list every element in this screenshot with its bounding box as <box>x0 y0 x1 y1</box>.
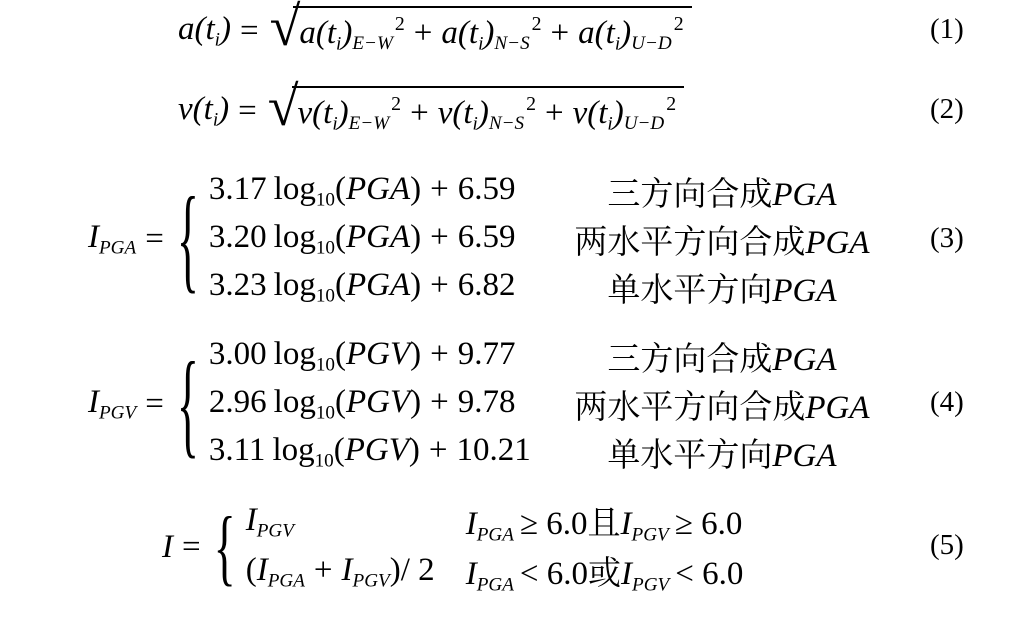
eq4-cases: 3.00log10(PGV)+9.77 三方向合成PGA 2.96log10(P… <box>209 332 887 476</box>
eq3-cases: 3.17log10(PGA)+6.59 三方向合成PGA 3.20log10(P… <box>209 167 887 311</box>
intensity-symbol: I <box>466 506 477 542</box>
pga-argument: PGA <box>346 267 410 303</box>
term-pre: a(t <box>578 15 615 51</box>
lhs-close-paren: ) <box>220 11 231 47</box>
plus-sign: + <box>421 384 458 420</box>
term-pre: v(t <box>298 95 333 131</box>
intensity-symbol: I <box>621 556 632 592</box>
plus-sign: + <box>305 552 342 588</box>
constant: 9.77 <box>458 336 516 372</box>
close-paren: ) <box>410 171 421 207</box>
case-row: 3.17log10(PGA)+6.59 三方向合成PGA <box>209 167 887 215</box>
log-base: 10 <box>316 189 335 210</box>
intensity-symbol: I <box>257 552 268 588</box>
constant: 6.59 <box>458 219 516 255</box>
plus-sign: + <box>401 95 438 131</box>
square-exponent: 2 <box>674 13 684 35</box>
equation-number-2: (2) <box>930 93 964 126</box>
intensity-symbol: I <box>88 384 99 420</box>
open-paren: ( <box>246 552 257 588</box>
case-value: IPGV <box>246 502 466 542</box>
term-close-paren: ) <box>338 95 349 131</box>
case-condition: IPGA≥ 6.0且IPGV≥ 6.0 <box>466 497 743 546</box>
pgv-subscript: PGV <box>257 520 294 541</box>
term-pre: v(t <box>438 95 473 131</box>
divide-by-two: / 2 <box>401 552 435 588</box>
case-label: 三方向合成PGA <box>557 168 887 215</box>
relation: < 6.0 <box>669 556 743 592</box>
log-function: log <box>267 267 316 303</box>
relation: < 6.0 <box>514 556 588 592</box>
pga-subscript: PGA <box>477 525 514 546</box>
left-brace-icon: { <box>214 504 236 589</box>
pgv-argument: PGV <box>345 432 409 468</box>
direction-subscript-ud: U−D <box>624 113 665 134</box>
close-paren: ) <box>410 384 421 420</box>
intensity-symbol: I <box>342 552 353 588</box>
case-row: 2.96log10(PGV)+9.78 两水平方向合成PGA <box>209 380 887 428</box>
label-cjk: 单水平方向 <box>607 273 772 309</box>
label-pga: PGA <box>772 438 836 474</box>
equation-5: I = { IPGV IPGA≥ 6.0且IPGV≥ 6.0 (IPGA+IPG… <box>162 497 743 597</box>
equals-sign: = <box>136 386 173 423</box>
relation: ≥ 6.0 <box>514 506 588 542</box>
eq5-cases: IPGV IPGA≥ 6.0且IPGV≥ 6.0 (IPGA+IPGV)/ 2 … <box>246 497 744 597</box>
lhs-close-paren: ) <box>218 91 229 127</box>
open-paren: ( <box>335 336 346 372</box>
plus-sign: + <box>421 219 458 255</box>
term-pre: a(t <box>299 15 336 51</box>
log-base: 10 <box>316 402 335 423</box>
plus-sign: + <box>536 95 573 131</box>
coefficient: 3.23 <box>209 267 267 303</box>
relation: ≥ 6.0 <box>669 506 743 542</box>
intensity-symbol: I <box>88 219 99 255</box>
radical-icon: √ <box>270 5 301 50</box>
label-pga: PGA <box>772 273 836 309</box>
pgv-subscript: PGV <box>632 575 669 596</box>
direction-subscript-ns: N−S <box>489 113 524 134</box>
coefficient: 3.11 <box>209 432 266 468</box>
case-label: 两水平方向合成PGA <box>557 216 887 263</box>
open-paren: ( <box>335 219 346 255</box>
close-paren: ) <box>410 219 421 255</box>
label-cjk: 三方向合成 <box>607 342 772 378</box>
square-exponent: 2 <box>395 13 405 35</box>
pga-subscript: PGA <box>477 575 514 596</box>
pga-argument: PGA <box>346 219 410 255</box>
pgv-argument: PGV <box>346 336 410 372</box>
radicand: a(ti)E−W2+a(ti)N−S2+a(ti)U−D2 <box>293 6 691 57</box>
square-exponent: 2 <box>526 93 536 115</box>
eq2-lhs: v(ti) <box>178 91 229 131</box>
radical-icon: √ <box>268 85 299 130</box>
pga-subscript: PGA <box>268 570 305 591</box>
plus-sign: + <box>420 432 457 468</box>
plus-sign: + <box>421 267 458 303</box>
label-pga: PGA <box>805 225 869 261</box>
open-paren: ( <box>335 267 346 303</box>
direction-subscript-ns: N−S <box>494 33 529 54</box>
eq3-lhs: IPGA <box>88 219 136 259</box>
label-pga: PGA <box>772 342 836 378</box>
term-close-paren: ) <box>478 95 489 131</box>
equals-sign: = <box>231 13 268 50</box>
square-exponent: 2 <box>532 13 542 35</box>
term-close-paren: ) <box>620 15 631 51</box>
intensity-symbol: I <box>246 502 257 538</box>
open-paren: ( <box>335 171 346 207</box>
square-exponent: 2 <box>666 93 676 115</box>
log-base: 10 <box>316 354 335 375</box>
eq5-lhs: I <box>162 529 173 566</box>
log-base: 10 <box>315 450 334 471</box>
case-formula: 3.11log10(PGV)+10.21 <box>209 432 557 472</box>
case-row: 3.11log10(PGV)+10.21 单水平方向PGA <box>209 428 887 476</box>
coefficient: 3.20 <box>209 219 267 255</box>
pgv-subscript: PGV <box>99 402 136 423</box>
lhs-function: a(t <box>178 11 215 47</box>
coefficient: 3.17 <box>209 171 267 207</box>
pgv-subscript: PGV <box>353 570 390 591</box>
term-pre: a(t <box>441 15 478 51</box>
equation-number-4: (4) <box>930 386 964 419</box>
pga-subscript: PGA <box>99 237 136 258</box>
left-brace-icon: { <box>177 345 199 462</box>
direction-subscript-ud: U−D <box>631 33 672 54</box>
open-paren: ( <box>334 432 345 468</box>
constant: 9.78 <box>458 384 516 420</box>
case-label: 单水平方向PGA <box>557 264 887 311</box>
equation-3: IPGA = { 3.17log10(PGA)+6.59 三方向合成PGA 3.… <box>88 167 887 311</box>
term-close-paren: ) <box>613 95 624 131</box>
equation-number-5: (5) <box>930 529 964 562</box>
lhs-function: v(t <box>178 91 213 127</box>
case-condition: IPGA< 6.0或IPGV< 6.0 <box>466 547 744 596</box>
term-close-paren: ) <box>483 15 494 51</box>
square-root: √ v(ti)E−W2+v(ti)N−S2+v(ti)U−D2 <box>268 86 684 137</box>
case-row: IPGV IPGA≥ 6.0且IPGV≥ 6.0 <box>246 497 744 547</box>
equation-number-3: (3) <box>930 222 964 255</box>
case-label: 单水平方向PGA <box>557 429 887 476</box>
label-pga: PGA <box>805 390 869 426</box>
direction-subscript-ew: E−W <box>349 113 390 134</box>
square-exponent: 2 <box>391 93 401 115</box>
equation-1: a(ti) = √ a(ti)E−W2+a(ti)N−S2+a(ti)U−D2 <box>178 6 692 57</box>
pga-argument: PGA <box>346 171 410 207</box>
intensity-symbol: I <box>466 556 477 592</box>
coefficient: 2.96 <box>209 384 267 420</box>
log-function: log <box>265 432 314 468</box>
label-cjk: 两水平方向合成 <box>574 390 805 426</box>
direction-subscript-ew: E−W <box>352 33 393 54</box>
term-pre: v(t <box>573 95 608 131</box>
plus-sign: + <box>542 15 579 51</box>
constant: 10.21 <box>457 432 531 468</box>
close-paren: ) <box>390 552 401 588</box>
label-pga: PGA <box>772 177 836 213</box>
pgv-subscript: PGV <box>632 525 669 546</box>
label-cjk: 两水平方向合成 <box>574 225 805 261</box>
equals-sign: = <box>173 529 210 566</box>
close-paren: ) <box>409 432 420 468</box>
eq4-lhs: IPGV <box>88 384 136 424</box>
case-formula: 3.23log10(PGA)+6.82 <box>209 267 557 307</box>
eq1-lhs: a(ti) <box>178 11 231 51</box>
case-formula: 2.96log10(PGV)+9.78 <box>209 384 557 424</box>
conjunction-and: 且 <box>588 506 621 542</box>
radicand: v(ti)E−W2+v(ti)N−S2+v(ti)U−D2 <box>292 86 685 137</box>
equation-number-1: (1) <box>930 13 964 46</box>
left-brace-icon: { <box>177 180 199 297</box>
case-row: (IPGA+IPGV)/ 2 IPGA< 6.0或IPGV< 6.0 <box>246 547 744 597</box>
open-paren: ( <box>335 384 346 420</box>
log-function: log <box>267 384 316 420</box>
intensity-symbol: I <box>162 529 173 565</box>
label-cjk: 三方向合成 <box>607 177 772 213</box>
constant: 6.59 <box>458 171 516 207</box>
constant: 6.82 <box>458 267 516 303</box>
plus-sign: + <box>421 171 458 207</box>
log-base: 10 <box>316 237 335 258</box>
case-value: (IPGA+IPGV)/ 2 <box>246 552 466 592</box>
formula-page: { "page": { "background": "#ffffff", "in… <box>0 0 1010 630</box>
square-root: √ a(ti)E−W2+a(ti)N−S2+a(ti)U−D2 <box>270 6 692 57</box>
log-function: log <box>267 219 316 255</box>
case-formula: 3.17log10(PGA)+6.59 <box>209 171 557 211</box>
label-cjk: 单水平方向 <box>607 438 772 474</box>
equals-sign: = <box>229 93 266 130</box>
equation-2: v(ti) = √ v(ti)E−W2+v(ti)N−S2+v(ti)U−D2 <box>178 86 684 137</box>
case-label: 三方向合成PGA <box>557 333 887 380</box>
equals-sign: = <box>136 221 173 258</box>
close-paren: ) <box>410 336 421 372</box>
close-paren: ) <box>410 267 421 303</box>
plus-sign: + <box>405 15 442 51</box>
case-row: 3.20log10(PGA)+6.59 两水平方向合成PGA <box>209 215 887 263</box>
equation-4: IPGV = { 3.00log10(PGV)+9.77 三方向合成PGA 2.… <box>88 332 887 476</box>
case-formula: 3.20log10(PGA)+6.59 <box>209 219 557 259</box>
log-function: log <box>267 171 316 207</box>
conjunction-or: 或 <box>588 556 621 592</box>
log-base: 10 <box>316 285 335 306</box>
intensity-symbol: I <box>621 506 632 542</box>
coefficient: 3.00 <box>209 336 267 372</box>
log-function: log <box>267 336 316 372</box>
plus-sign: + <box>421 336 458 372</box>
case-formula: 3.00log10(PGV)+9.77 <box>209 336 557 376</box>
case-label: 两水平方向合成PGA <box>557 381 887 428</box>
case-row: 3.23log10(PGA)+6.82 单水平方向PGA <box>209 263 887 311</box>
case-row: 3.00log10(PGV)+9.77 三方向合成PGA <box>209 332 887 380</box>
term-close-paren: ) <box>341 15 352 51</box>
pgv-argument: PGV <box>346 384 410 420</box>
